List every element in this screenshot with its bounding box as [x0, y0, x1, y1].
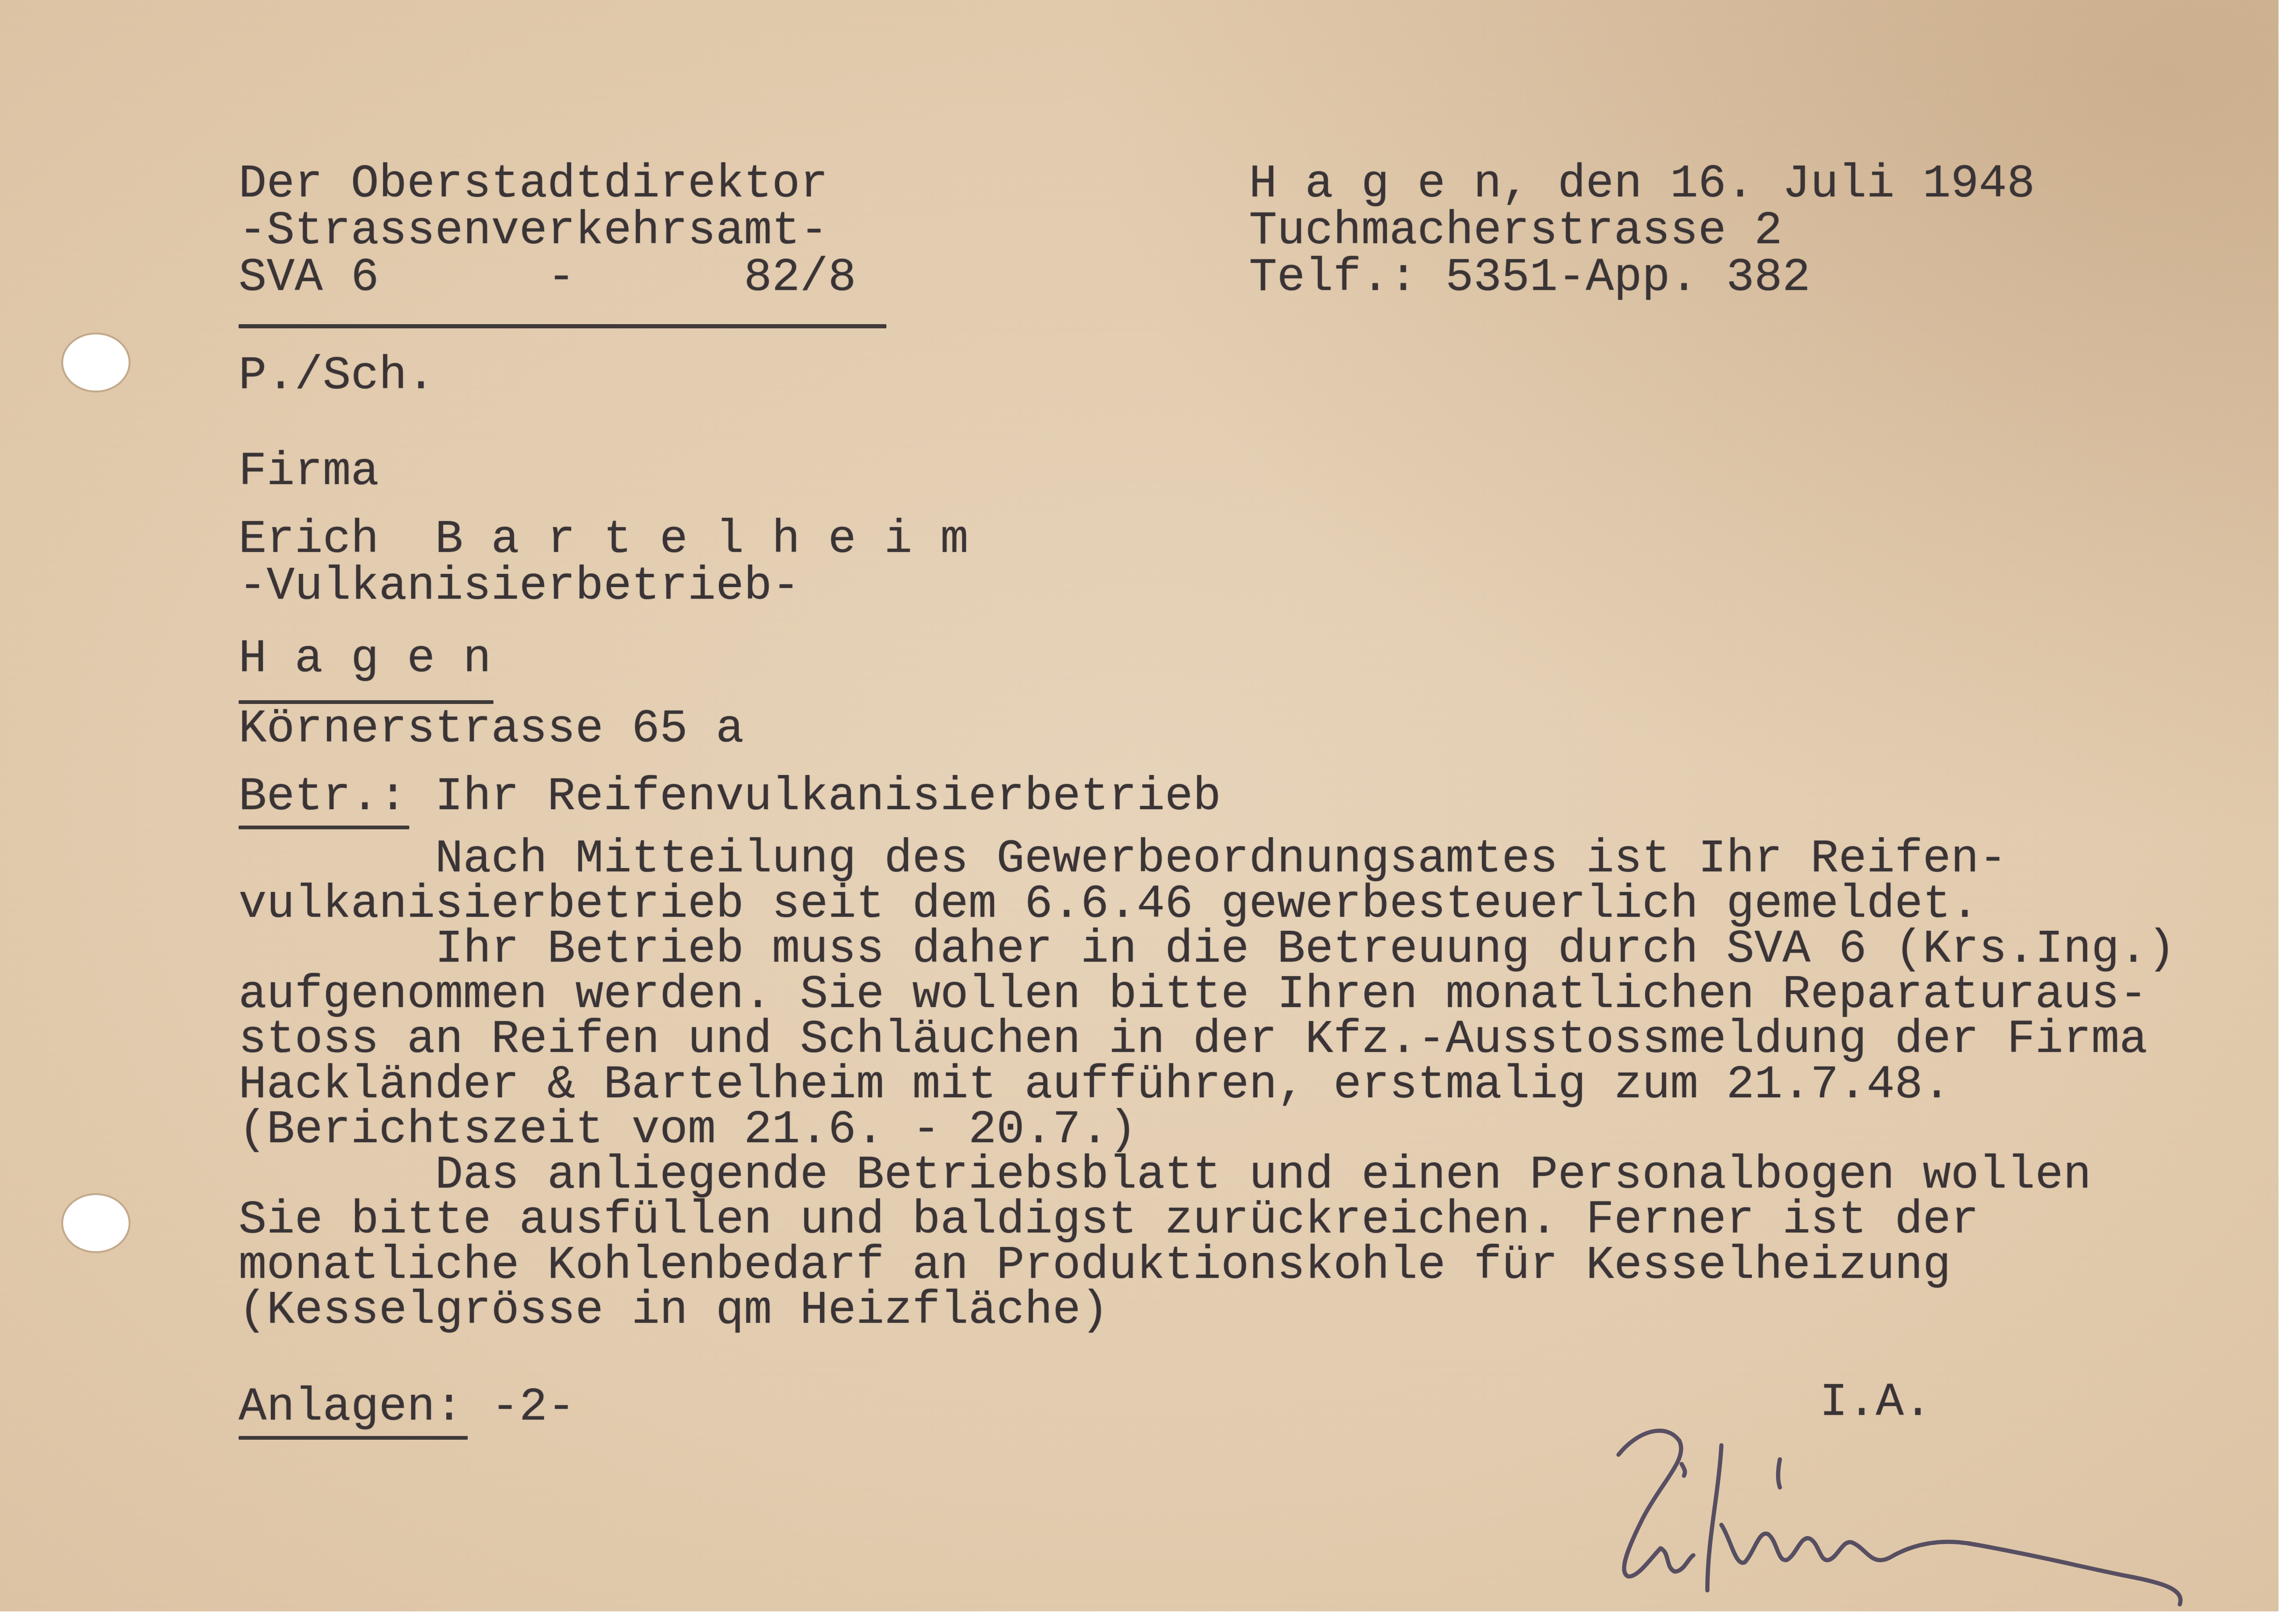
body-line: Sie bitte ausfüllen und baldigst zurückr… — [239, 1198, 2176, 1244]
recipient-name: Erich B a r t e l h e i m — [239, 517, 968, 564]
enclosures-count: -2- — [463, 1381, 575, 1434]
recipient-city: H a g e n — [239, 636, 491, 683]
body-line: vulkanisierbetrieb seit dem 6.6.46 gewer… — [239, 883, 2176, 928]
letter-paper: Der Oberstadtdirektor -Strassenverkehrsa… — [0, 0, 2279, 1611]
sender-phone: Telf.: 5351-App. 382 — [1249, 255, 1810, 302]
body-line: Das anliegende Betriebsblatt und einen P… — [239, 1153, 2176, 1199]
body-line: Ihr Betrieb muss daher in die Betreuung … — [239, 928, 2176, 973]
body-line: Hackländer & Bartelheim mit aufführen, e… — [239, 1063, 2176, 1109]
sender-street: Tuchmacherstrasse 2 — [1249, 208, 1782, 255]
sender-reference: SVA 6 - 82/8 — [239, 255, 856, 302]
punch-hole-top — [63, 334, 129, 391]
subject-text: Ihr Reifenvulkanisierbetrieb — [407, 771, 1221, 824]
letter-date: , den 16. Juli 1948 — [1502, 158, 2035, 211]
recipient-street: Körnerstrasse 65 a — [239, 706, 744, 753]
reference-initials: P./Sch. — [239, 353, 435, 400]
sender-line-2: -Strassenverkehrsamt- — [239, 208, 828, 255]
body-line: aufgenommen werden. Sie wollen bitte Ihr… — [239, 973, 2176, 1018]
enclosures-line: Anlagen: -2- — [239, 1385, 575, 1431]
recipient-business: -Vulkanisierbetrieb- — [239, 564, 800, 610]
subject-line: Betr.: Ihr Reifenvulkanisierbetrieb — [239, 774, 1221, 821]
body-line: stoss an Reifen und Schläuchen in der Kf… — [239, 1018, 2176, 1063]
recipient-label: Firma — [239, 449, 379, 496]
subject-label-underline — [239, 826, 409, 829]
place-date-line: H a g e n, den 16. Juli 1948 — [1249, 161, 2035, 208]
body-line: (Kesselgrösse in qm Heizfläche) — [239, 1289, 2176, 1334]
body-line: monatliche Kohlenbedarf an Produktionsko… — [239, 1244, 2176, 1289]
body-line: Nach Mitteilung des Gewerbeordnungsamtes… — [239, 837, 2176, 883]
enclosures-underline — [239, 1436, 468, 1440]
place-city: H a g e n — [1249, 158, 1502, 211]
enclosures-label: Anlagen: — [239, 1381, 463, 1434]
punch-hole-bottom — [63, 1195, 129, 1251]
subject-label: Betr.: — [239, 771, 407, 824]
body-line: (Berichtszeit vom 21.6. - 20.7.) — [239, 1108, 2176, 1153]
letter-body: Nach Mitteilung des Gewerbeordnungsamtes… — [239, 837, 2176, 1334]
sender-line-1: Der Oberstadtdirektor — [239, 161, 828, 208]
sender-underline — [239, 324, 886, 328]
signature-icon — [1567, 1370, 2245, 1614]
